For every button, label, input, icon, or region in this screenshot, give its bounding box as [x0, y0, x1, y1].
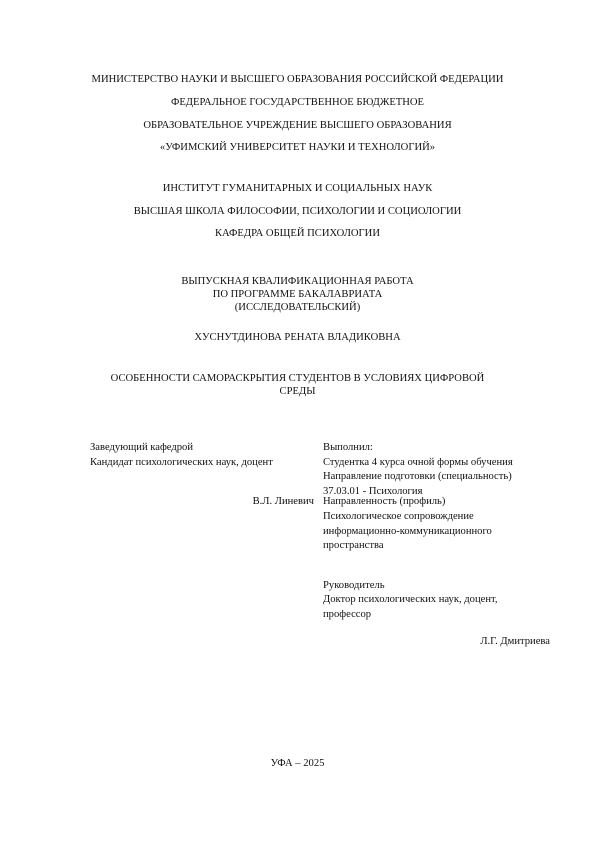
performer-profile-line-3: пространства	[323, 540, 384, 551]
performer-direction-label: Направление подготовки (специальность)	[323, 471, 512, 482]
head-of-department-role: Заведующий кафедрой	[90, 442, 193, 453]
performer-profile-line-2: информационно-коммуникационного	[323, 526, 492, 537]
performer-profile-label: Направленность (профиль)	[323, 496, 445, 507]
university-name: «УФИМСКИЙ УНИВЕРСИТЕТ НАУКИ И ТЕХНОЛОГИЙ…	[0, 142, 595, 153]
work-type-line-2: ПО ПРОГРАММЕ БАКАЛАВРИАТА	[0, 289, 595, 300]
supervisor-degree-line-1: Доктор психологических наук, доцент,	[323, 594, 498, 605]
federal-line: ФЕДЕРАЛЬНОЕ ГОСУДАРСТВЕННОЕ БЮДЖЕТНОЕ	[0, 97, 595, 108]
supervisor-name: Л.Г. Дмитриева	[480, 636, 550, 647]
head-of-department-name: В.Л. Линевич	[253, 496, 314, 507]
author-name: ХУСНУТДИНОВА РЕНАТА ВЛАДИКОВНА	[0, 332, 595, 343]
work-type-line-3: (ИССЛЕДОВАТЕЛЬСКИЙ)	[0, 302, 595, 313]
work-type-line-1: ВЫПУСКНАЯ КВАЛИФИКАЦИОННАЯ РАБОТА	[0, 276, 595, 287]
supervisor-degree-line-2: профессор	[323, 609, 371, 620]
performer-profile-line-1: Психологическое сопровождение	[323, 511, 474, 522]
institute-name: ИНСТИТУТ ГУМАНИТАРНЫХ И СОЦИАЛЬНЫХ НАУК	[0, 183, 595, 194]
department-name: КАФЕДРА ОБЩЕЙ ПСИХОЛОГИИ	[0, 228, 595, 239]
thesis-title-line-1: ОСОБЕННОСТИ САМОРАСКРЫТИЯ СТУДЕНТОВ В УС…	[0, 373, 595, 384]
city-year: УФА – 2025	[0, 758, 595, 769]
performer-course: Студентка 4 курса очной формы обучения	[323, 457, 513, 468]
head-of-department-degree: Кандидат психологических наук, доцент	[90, 457, 273, 468]
institution-type-line: ОБРАЗОВАТЕЛЬНОЕ УЧРЕЖДЕНИЕ ВЫСШЕГО ОБРАЗ…	[0, 120, 595, 131]
school-name: ВЫСШАЯ ШКОЛА ФИЛОСОФИИ, ПСИХОЛОГИИ И СОЦ…	[0, 206, 595, 217]
performer-label: Выполнил:	[323, 442, 373, 453]
thesis-title-line-2: СРЕДЫ	[0, 386, 595, 397]
supervisor-label: Руководитель	[323, 580, 385, 591]
ministry-line: МИНИСТЕРСТВО НАУКИ И ВЫСШЕГО ОБРАЗОВАНИЯ…	[0, 74, 595, 85]
